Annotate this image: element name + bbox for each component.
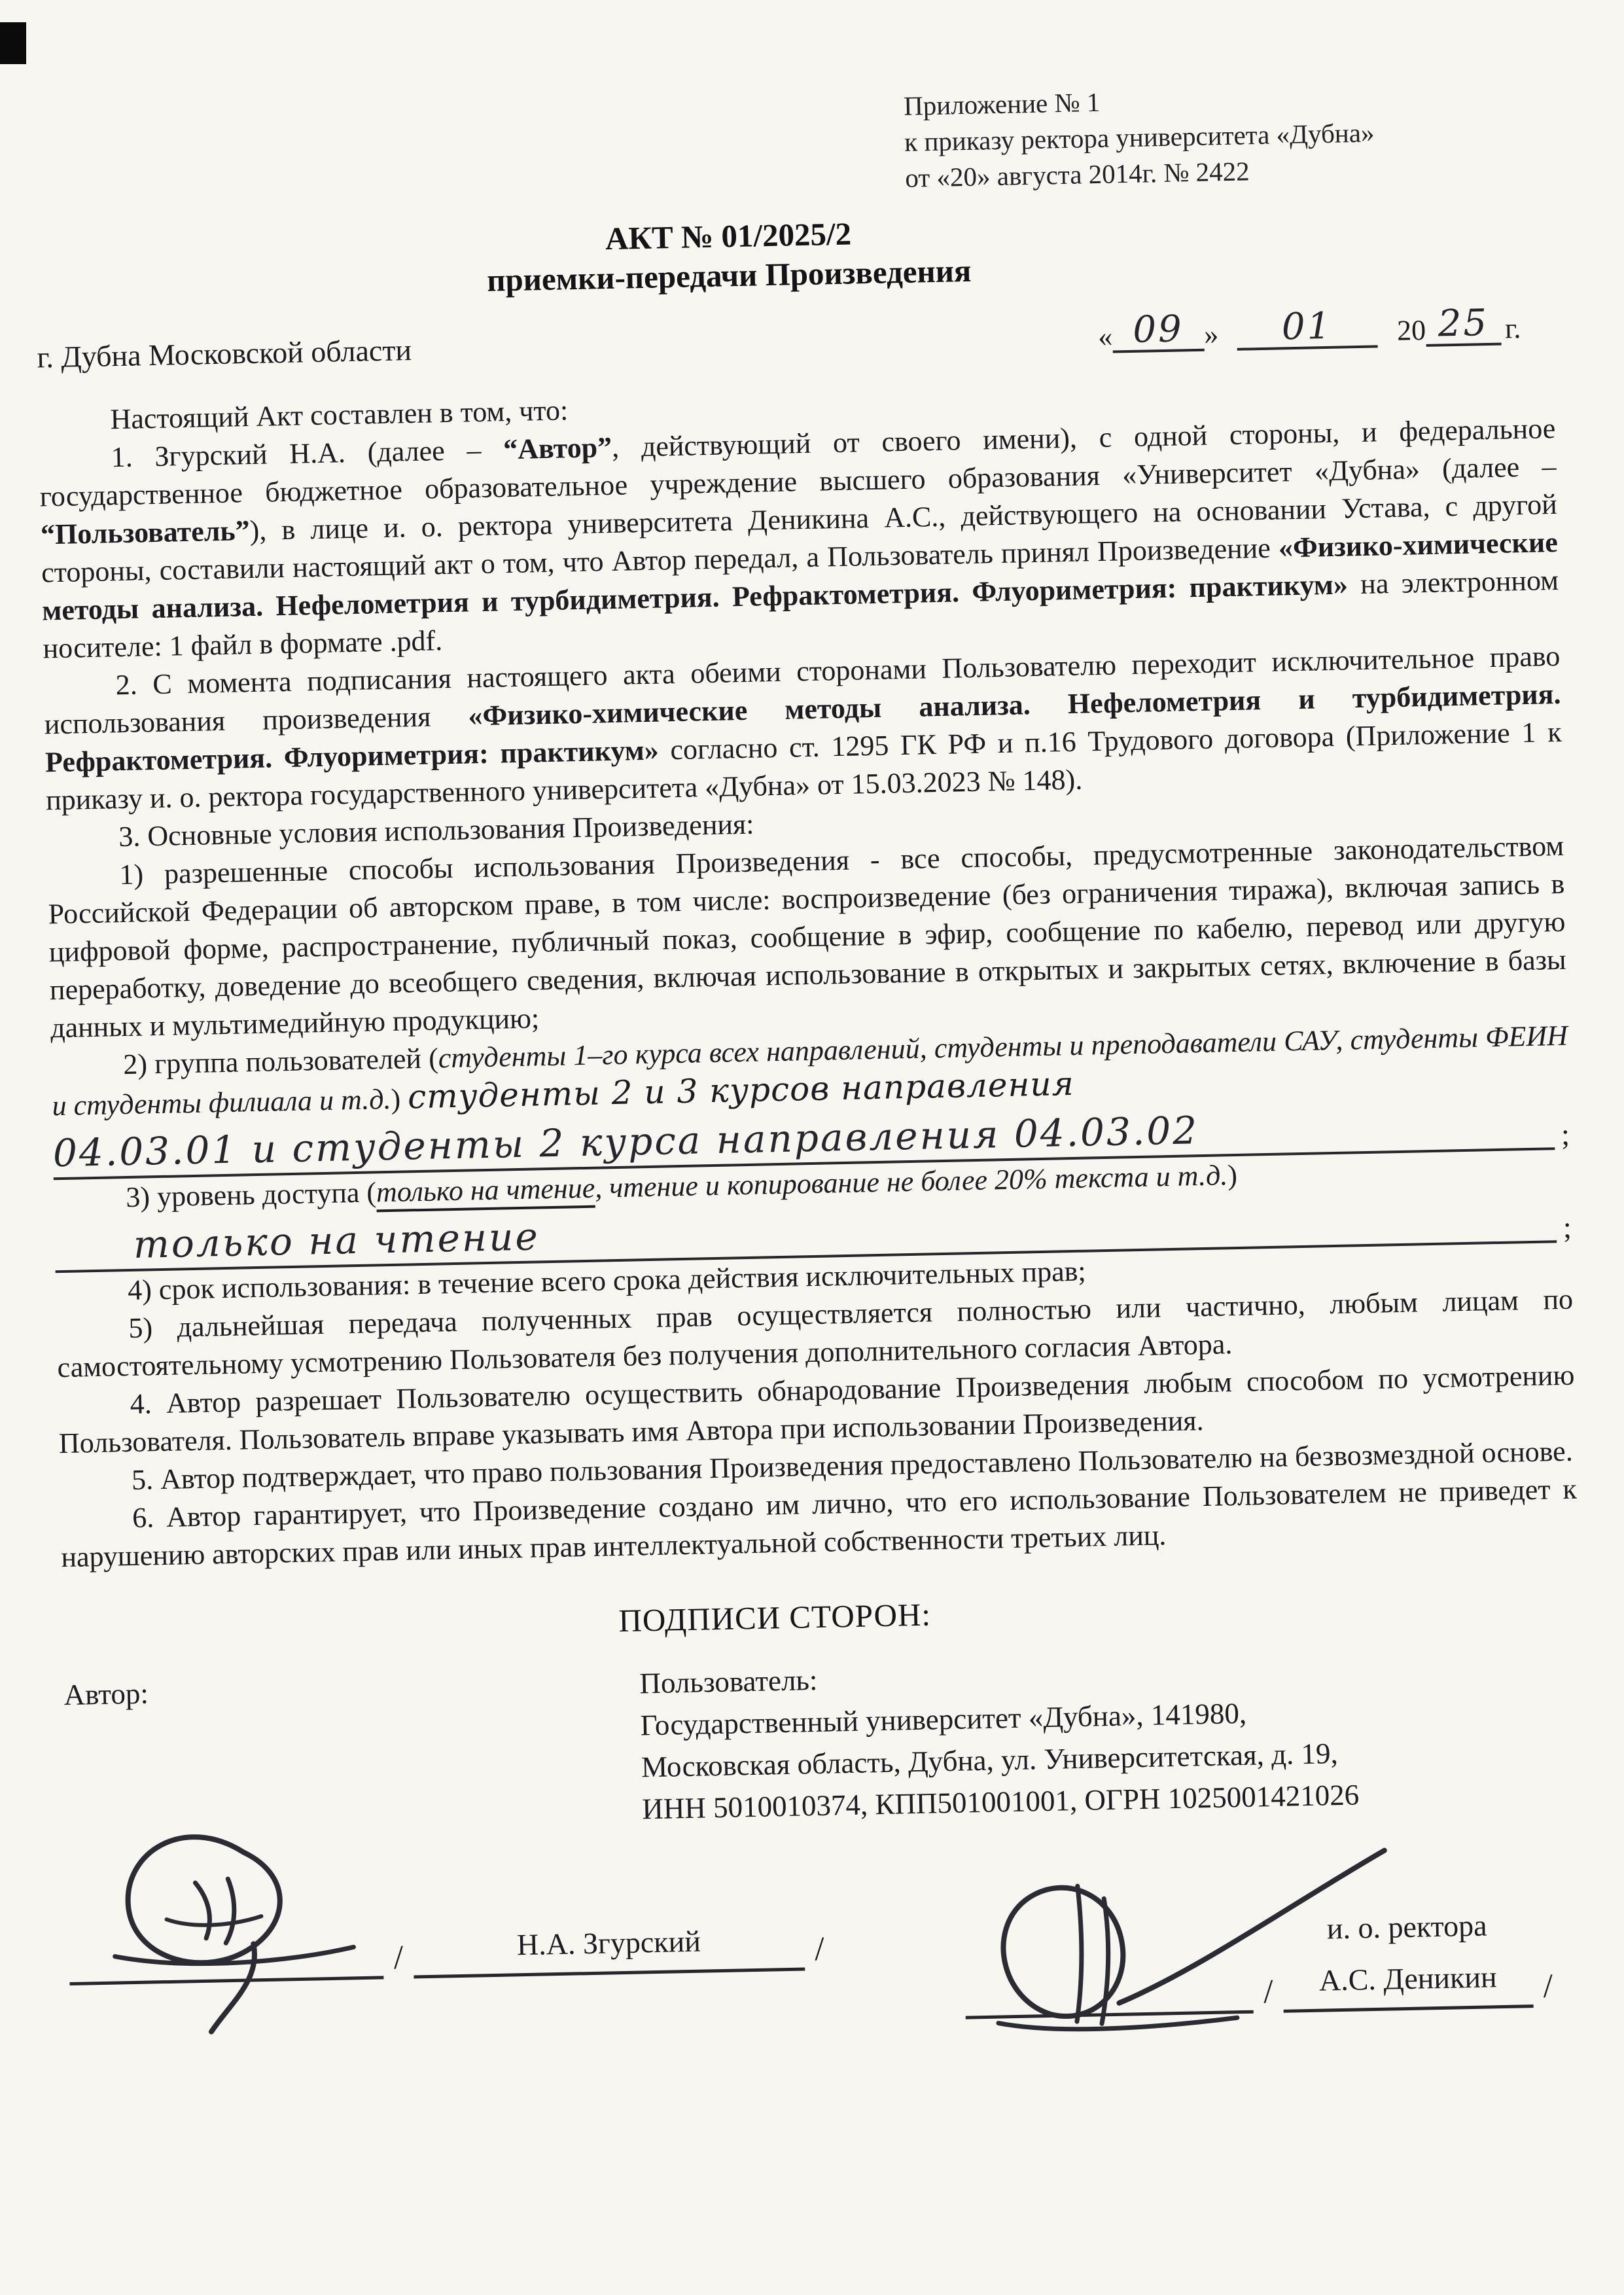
date-day-blank: 09 xyxy=(1112,311,1204,353)
signature-lines: / Н.А. Згурский / / и. о. ректора xyxy=(67,1828,1589,2094)
item2-semicolon: ; xyxy=(1555,1120,1570,1150)
rector-title: и. о. ректора xyxy=(1282,1908,1532,1948)
rector-signature-row: / и. о. ректора А.С. Деникин / xyxy=(964,1907,1564,2019)
scanned-document-page: Приложение № 1 к приказу ректора универс… xyxy=(0,0,1624,2295)
handwritten-day: 09 xyxy=(1133,308,1184,351)
rector-slash-left: / xyxy=(1253,1975,1284,2014)
date-group: « 09 » 01 20 25 г. xyxy=(1097,304,1521,353)
author-label: Автор: xyxy=(63,1662,640,1716)
signature-columns: Автор: Пользователь: Государственный уни… xyxy=(63,1644,1583,1841)
clause-1: 1. Згурский Н.А. (далее – “Автор”, дейст… xyxy=(39,410,1560,667)
document-title: АКТ № 01/2025/2 приемки-передачи Произве… xyxy=(35,203,1423,310)
clause-3-item-1: 1) разрешенные способы использования Про… xyxy=(47,827,1567,1047)
handwritten-year: 25 xyxy=(1438,302,1489,346)
user-column: Пользователь: Государственный университе… xyxy=(639,1644,1583,1830)
date-quote-close: » xyxy=(1204,317,1219,351)
date-year-blank: 25 xyxy=(1425,305,1501,347)
place-date-row: г. Дубна Московской области « 09 » 01 20… xyxy=(37,304,1554,375)
author-column: Автор: xyxy=(63,1662,643,1841)
rector-signature-area xyxy=(964,1968,1253,2019)
rector-name: А.С. Деникин xyxy=(1318,1960,1497,1997)
date-month-blank: 01 xyxy=(1236,307,1377,350)
document-content: Приложение № 1 к приказу ректора универс… xyxy=(0,0,1624,2095)
signatures-heading: ПОДПИСИ СТОРОН: xyxy=(618,1583,1580,1639)
author-signature-row: / Н.А. Згурский / xyxy=(69,1922,835,1985)
author-slash-right: / xyxy=(804,1932,836,1970)
author-signature-area xyxy=(69,1934,383,1985)
date-year-suffix: г. xyxy=(1505,311,1521,345)
item3-semicolon: ; xyxy=(1557,1213,1572,1243)
author-name: Н.А. Згурский xyxy=(413,1923,804,1979)
rector-name-box: и. о. ректора А.С. Деникин xyxy=(1282,1908,1533,2012)
date-quote-open: « xyxy=(1098,320,1113,353)
clause-2: 2. С момента подписания настоящего акта … xyxy=(43,637,1562,819)
appendix-header: Приложение № 1 к приказу ректора универс… xyxy=(904,75,1551,196)
date-year-prefix: 20 xyxy=(1397,313,1426,347)
author-slash-left: / xyxy=(383,1940,414,1979)
handwritten-month: 01 xyxy=(1281,305,1333,349)
author-signature xyxy=(86,1809,372,2044)
place-city: г. Дубна Московской области xyxy=(37,332,412,374)
rector-slash-right: / xyxy=(1532,1969,1564,2008)
document-body: Настоящий Акт составлен в том, что: 1. З… xyxy=(38,372,1578,1576)
